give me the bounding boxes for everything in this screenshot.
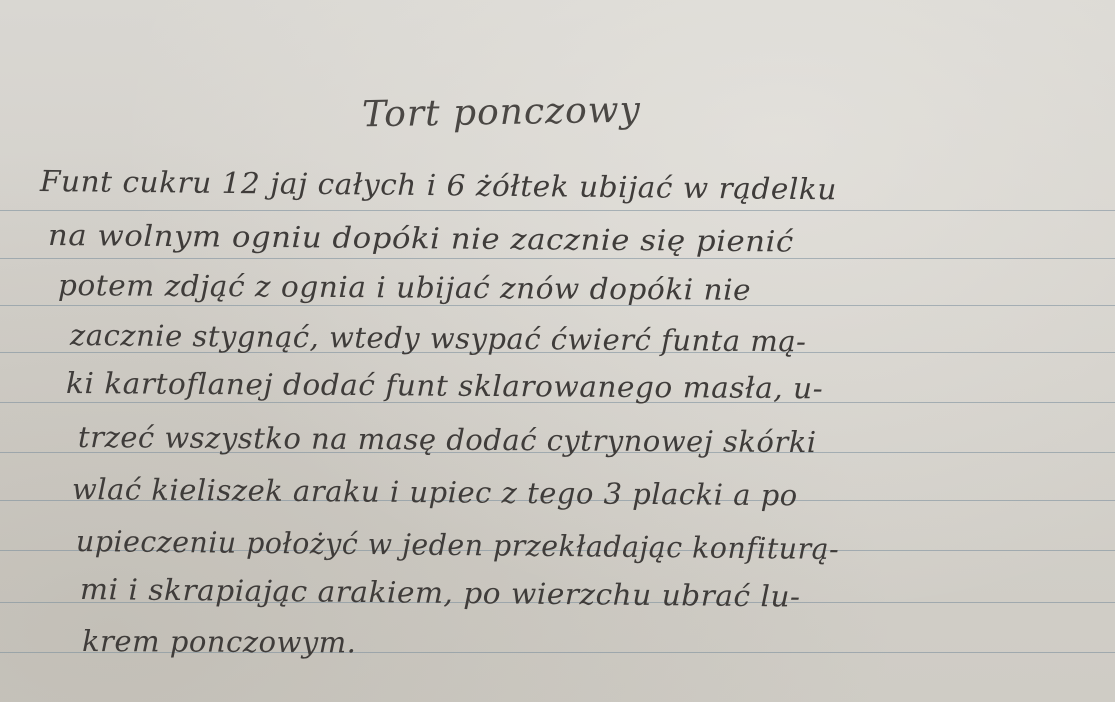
recipe-title: Tort ponczowy [362,90,642,136]
ruled-line [0,210,1115,211]
notebook-page: Tort ponczowy Funt cukru 12 jaj całych i… [0,0,1115,702]
recipe-line-1: Funt cukru 12 jaj całych i 6 żółtek ubij… [40,164,837,206]
recipe-line-2: na wolnym ogniu dopóki nie zacznie się p… [48,218,794,259]
recipe-line-4: zacznie stygnąć, wtedy wsypać ćwierć fun… [70,318,807,358]
recipe-line-9: mi i skrapiając arakiem, po wierzchu ubr… [80,572,801,614]
ruled-line [0,258,1115,259]
recipe-line-6: trzeć wszystko na masę dodać cytrynowej … [78,420,817,459]
recipe-line-7: wlać kieliszek araku i upiec z tego 3 pl… [72,472,798,512]
recipe-line-3: potem zdjąć z ognia i ubijać znów dopóki… [58,268,751,307]
recipe-line-10: krem ponczowym. [82,624,357,659]
recipe-line-5: ki kartoflanej dodać funt sklarowanego m… [66,366,823,405]
recipe-line-8: upieczeniu położyć w jeden przekładając … [76,524,840,566]
